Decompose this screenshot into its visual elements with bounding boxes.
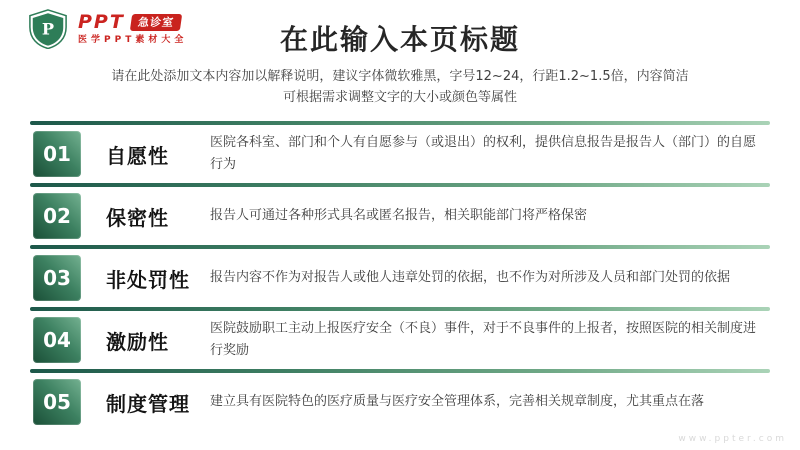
item-description: 报告内容不作为对报告人或他人违章处罚的依据，也不作为对所涉及人员和部门处罚的依据 xyxy=(210,267,770,290)
item-list: 01 自愿性 医院各科室、部门和个人有自愿参与（或退出）的权利，提供信息报告是报… xyxy=(30,121,770,431)
list-item: 02 保密性 报告人可通过各种形式具名或匿名报告，相关职能部门将严格保密 xyxy=(30,183,770,245)
shield-letter: P xyxy=(42,20,54,39)
list-item: 01 自愿性 医院各科室、部门和个人有自愿参与（或退出）的权利，提供信息报告是报… xyxy=(30,121,770,183)
list-item: 04 激励性 医院鼓励职工主动上报医疗安全（不良）事件，对于不良事件的上报者，按… xyxy=(30,307,770,369)
item-description: 报告人可通过各种形式具名或匿名报告，相关职能部门将严格保密 xyxy=(210,205,770,228)
subtitle-line-1: 请在此处添加文本内容加以解释说明，建议字体微软雅黑，字号12~24，行距1.2~… xyxy=(0,66,800,87)
list-item: 03 非处罚性 报告内容不作为对报告人或他人违章处罚的依据，也不作为对所涉及人员… xyxy=(30,245,770,307)
item-number-badge: 01 xyxy=(33,131,81,177)
subtitle-line-2: 可根据需求调整文字的大小或颜色等属性 xyxy=(0,87,800,108)
brand-name: PPT xyxy=(78,13,125,32)
item-number-badge: 04 xyxy=(33,317,81,363)
item-number-badge: 03 xyxy=(33,255,81,301)
item-number-badge: 05 xyxy=(33,379,81,425)
watermark: www.ppter.com xyxy=(678,434,787,444)
shield-logo-icon: P xyxy=(27,9,69,49)
item-label: 保密性 xyxy=(106,202,210,231)
item-number-badge: 02 xyxy=(33,193,81,239)
logo-text: PPT 急诊室 医学PPT素材大全 xyxy=(78,13,187,45)
list-item: 05 制度管理 建立具有医院特色的医疗质量与医疗安全管理体系，完善相关规章制度，… xyxy=(30,369,770,431)
item-description: 医院鼓励职工主动上报医疗安全（不良）事件，对于不良事件的上报者，按照医院的相关制… xyxy=(210,318,770,364)
item-label: 非处罚性 xyxy=(106,264,210,293)
logo: P PPT 急诊室 医学PPT素材大全 xyxy=(27,9,187,49)
item-description: 医院各科室、部门和个人有自愿参与（或退出）的权利，提供信息报告是报告人（部门）的… xyxy=(210,132,770,178)
brand-badge: 急诊室 xyxy=(130,14,182,31)
page-subtitle: 请在此处添加文本内容加以解释说明，建议字体微软雅黑，字号12~24，行距1.2~… xyxy=(0,66,800,109)
item-description: 建立具有医院特色的医疗质量与医疗安全管理体系，完善相关规章制度，尤其重点在落 xyxy=(210,391,770,414)
slide: P PPT 急诊室 医学PPT素材大全 在此输入本页标题 请在此处添加文本内容加… xyxy=(0,0,800,450)
brand-tagline: 医学PPT素材大全 xyxy=(78,36,187,45)
item-label: 自愿性 xyxy=(106,140,210,169)
item-label: 制度管理 xyxy=(106,388,210,417)
item-label: 激励性 xyxy=(106,326,210,355)
